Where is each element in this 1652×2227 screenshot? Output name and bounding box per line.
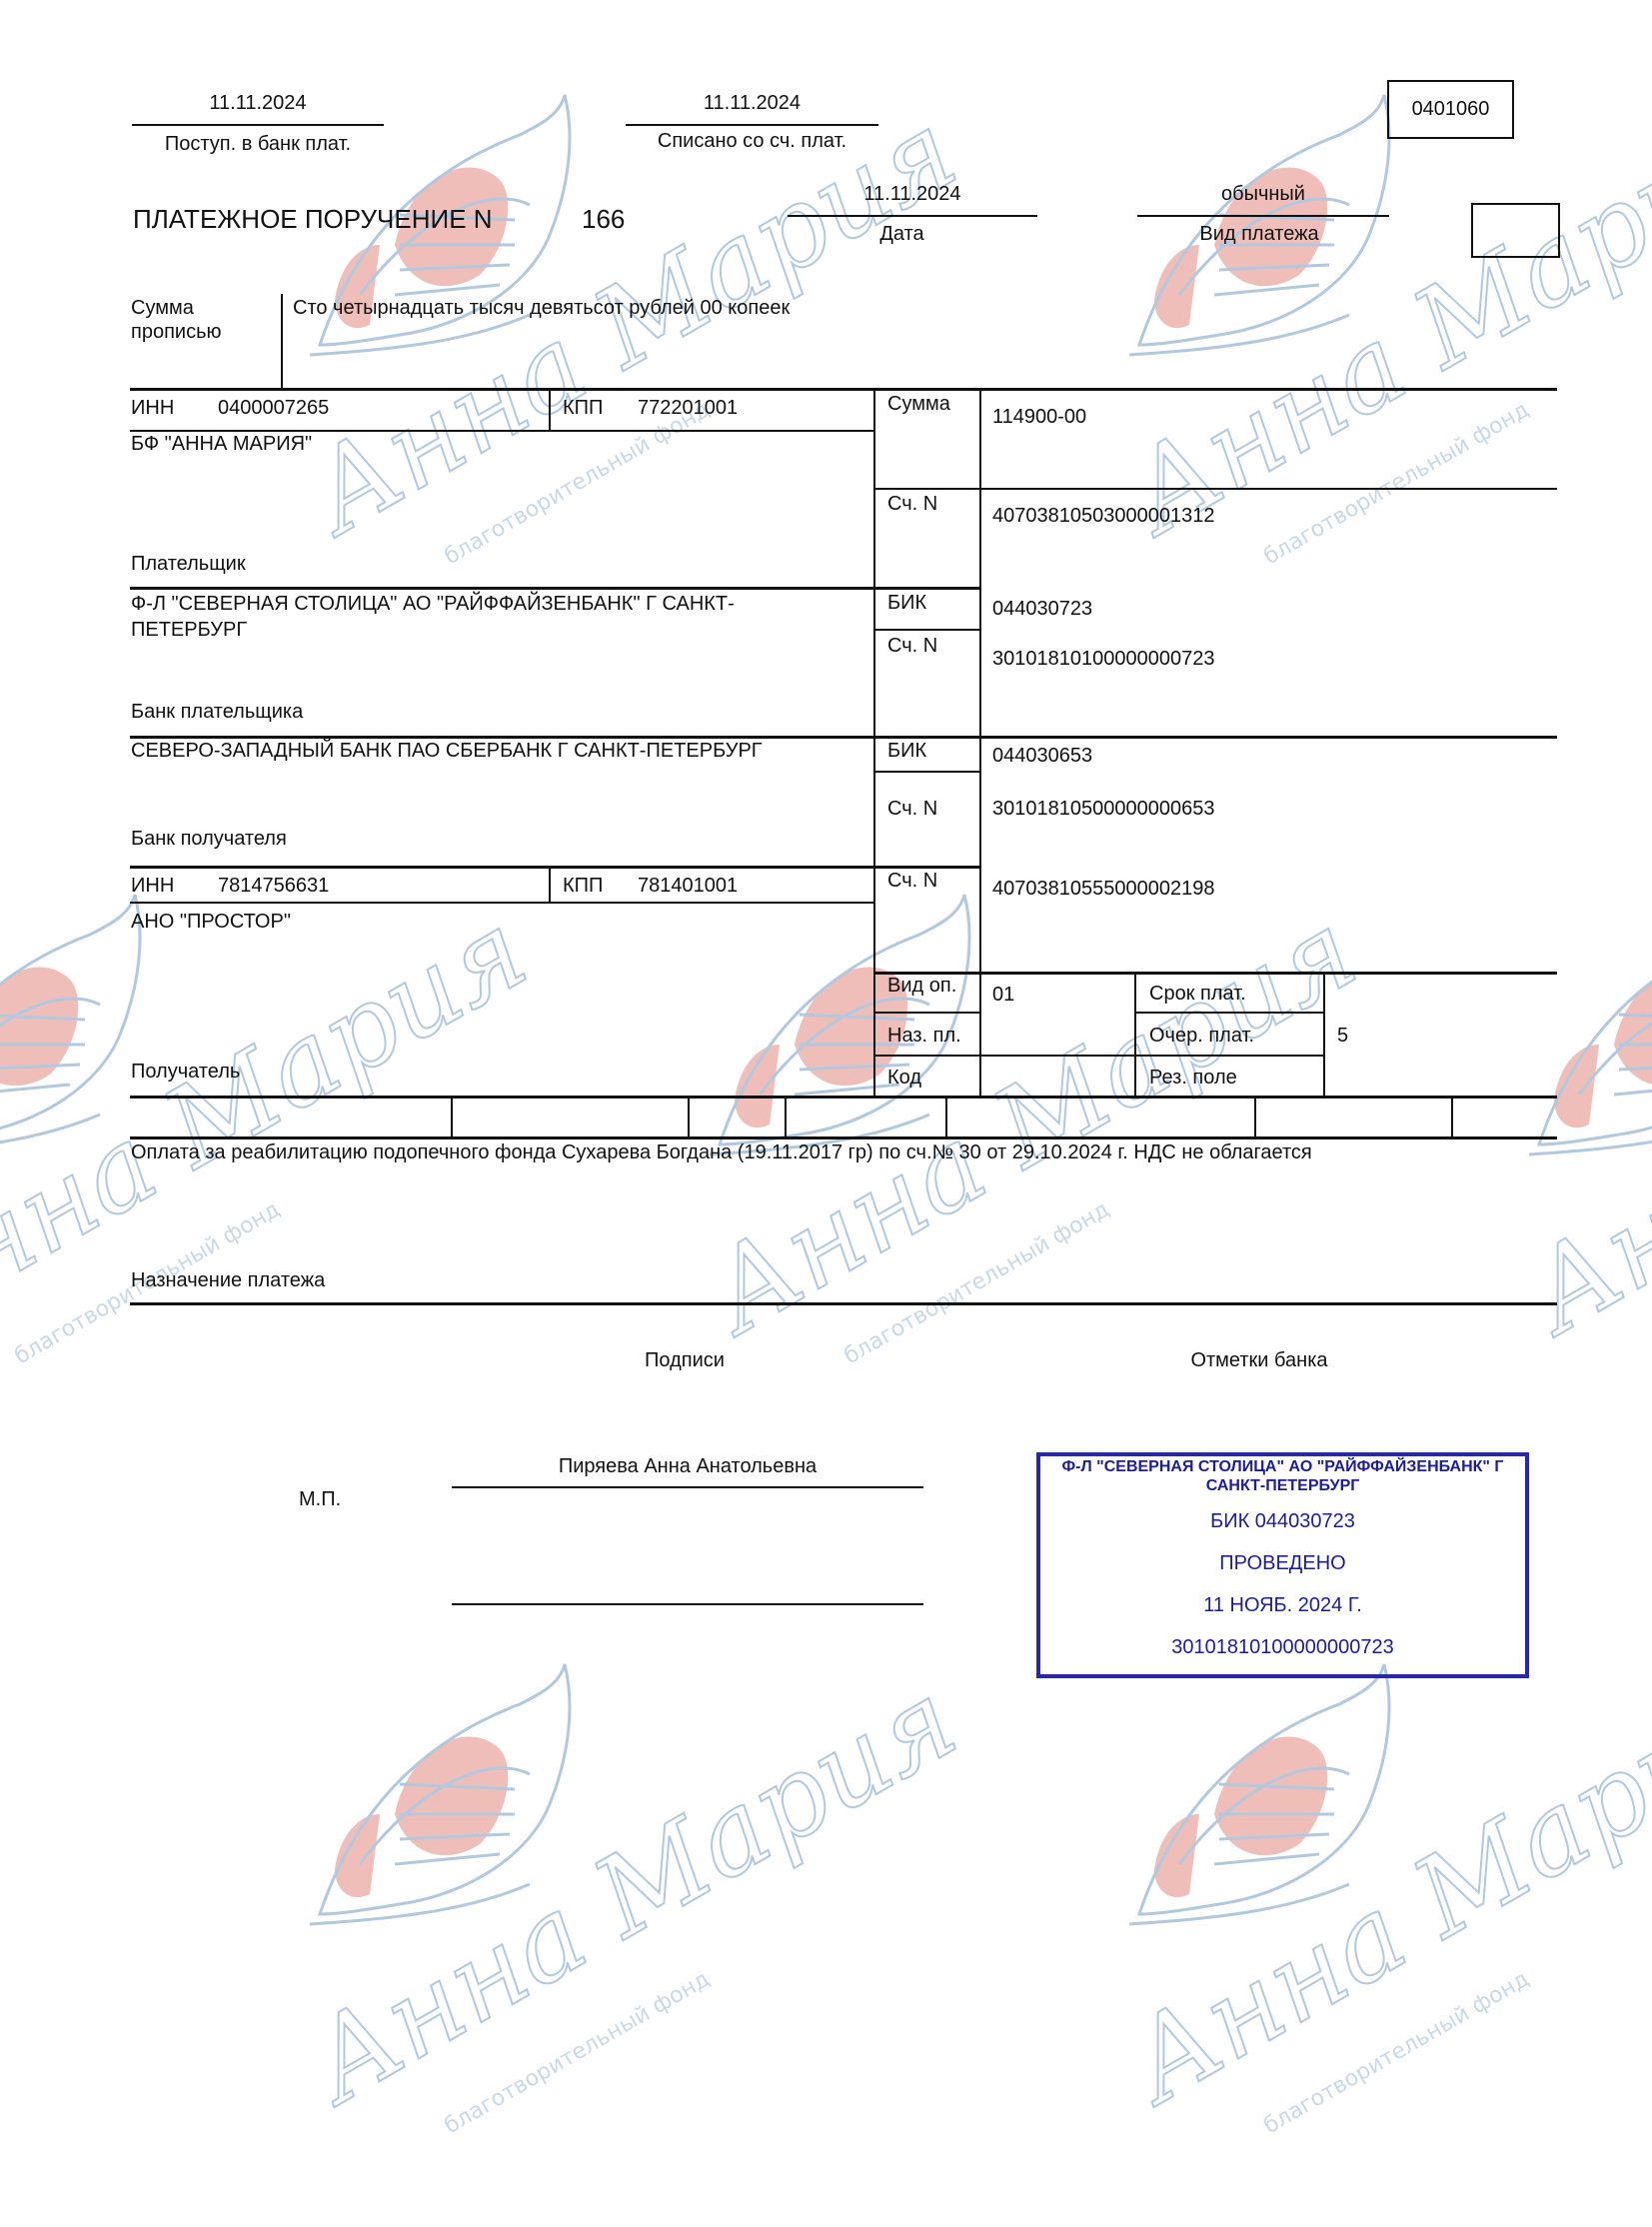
payer-bank-account-label: Сч. N: [887, 634, 937, 658]
bank-marks-label: Отметки банка: [1109, 1348, 1409, 1372]
signer-name: Пиряева Анна Анатольевна: [452, 1454, 923, 1478]
payer-inn-label: ИНН: [131, 396, 174, 420]
op-type-label: Вид оп.: [887, 974, 956, 998]
op-type-value: 01: [992, 983, 1014, 1007]
payer-account-label: Сч. N: [887, 492, 937, 516]
recipient-kpp-divider: [549, 867, 551, 903]
payment-type-line: [1137, 215, 1389, 217]
payer-kpp-label: КПП: [563, 396, 603, 420]
amount-words-label: Сумма прописью: [131, 296, 222, 344]
debited-date: 11.11.2024: [626, 91, 878, 115]
amount-words-label-line1: Сумма: [131, 296, 222, 320]
recipient-bank-role-label: Банк получателя: [131, 827, 287, 851]
purpose-label: Назначение платежа: [131, 1268, 325, 1292]
document-title: ПЛАТЕЖНОЕ ПОРУЧЕНИЕ N: [133, 204, 493, 234]
recipient-bank-name: СЕВЕРО-ЗАПАДНЫЙ БАНК ПАО СБЕРБАНК Г САНК…: [131, 739, 763, 763]
payer-bik-line: [874, 629, 980, 631]
stamp-bank-line2: САНКТ-ПЕТЕРБУРГ: [1040, 1476, 1525, 1495]
recipient-account: 40703810555000002198: [992, 877, 1214, 901]
recipient-inn: 7814756631: [218, 874, 329, 898]
debited-date-line: [626, 124, 878, 126]
amount-value: 114900-00: [992, 405, 1086, 429]
recipient-inn-line: [130, 902, 874, 904]
due-label: Срок плат.: [1149, 982, 1246, 1006]
payer-name: БФ "АННА МАРИЯ": [131, 432, 312, 456]
form-code: 0401060: [1412, 98, 1490, 120]
payment-type-value: обычный: [1137, 182, 1389, 206]
tax-cell-divider: [451, 1098, 453, 1137]
stamp-date: 11 НОЯБ. 2024 Г.: [1040, 1593, 1525, 1617]
recipient-bik-line: [874, 771, 980, 773]
debited-date-label: Списано со сч. плат.: [626, 129, 878, 153]
signature-line-1: [452, 1486, 923, 1488]
recipient-bank-account-label: Сч. N: [887, 797, 937, 821]
payer-bank-role-label: Банк плательщика: [131, 700, 303, 724]
purpose-text: Оплата за реабилитацию подопечного фонда…: [131, 1140, 1312, 1164]
recipient-bik-label: БИК: [887, 739, 926, 763]
stamp-bank-line1: Ф-Л "СЕВЕРНАЯ СТОЛИЦА" АО "РАЙФФАЙЗЕНБАН…: [1040, 1457, 1525, 1476]
reserve-label: Рез. поле: [1149, 1066, 1237, 1090]
tax-cell-divider: [1451, 1098, 1453, 1137]
payer-bank-account: 30101810100000000723: [992, 647, 1214, 671]
amount-words-label-line2: прописью: [131, 320, 222, 344]
received-date-line: [132, 124, 384, 126]
operation-right-divider: [1323, 973, 1325, 1097]
priority-label: Очер. плат.: [1149, 1024, 1254, 1048]
operation-top-line: [874, 972, 1557, 975]
recipient-name: АНО "ПРОСТОР": [131, 910, 291, 934]
table-bottom-line: [130, 1096, 1557, 1099]
label-column-left: [873, 389, 875, 1097]
tax-row-bottom-line: [130, 1136, 1557, 1139]
payer-bank-name-line1: Ф-Л "СЕВЕРНАЯ СТОЛИЦА" АО "РАЙФФАЙЗЕНБАН…: [131, 592, 735, 616]
tax-cell-divider: [945, 1098, 947, 1137]
payer-kpp-divider: [549, 389, 551, 431]
amount-words-divider: [281, 294, 283, 389]
recipient-kpp: 781401001: [638, 874, 738, 898]
purpose-code-line: [874, 1055, 1324, 1057]
signatures-label: Подписи: [560, 1348, 810, 1372]
bank-stamp: Ф-Л "СЕВЕРНАЯ СТОЛИЦА" АО "РАЙФФАЙЗЕНБАН…: [1036, 1452, 1529, 1678]
recipient-account-label: Сч. N: [887, 869, 937, 893]
payer-kpp: 772201001: [638, 396, 738, 420]
code-label: Код: [887, 1066, 921, 1090]
operation-mid-divider: [1134, 973, 1136, 1097]
label-column-right: [979, 389, 981, 1097]
op-type-line: [874, 1012, 980, 1014]
tax-cell-divider: [688, 1098, 690, 1137]
payment-type-label: Вид платежа: [1129, 222, 1389, 246]
priority-value: 5: [1337, 1024, 1348, 1048]
document-date: 11.11.2024: [788, 182, 1037, 206]
payer-bank-name-line2: ПЕТЕРБУРГ: [131, 618, 247, 642]
signature-line-2: [452, 1603, 923, 1605]
recipient-inn-label: ИНН: [131, 874, 174, 898]
payer-role-label: Плательщик: [131, 552, 246, 576]
payer-bottom-line: [130, 587, 980, 590]
payer-account: 40703810503000001312: [992, 504, 1214, 528]
amount-row-line: [874, 488, 1557, 490]
recipient-bank-bottom-line: [130, 866, 980, 869]
amount-words-value: Сто четырнадцать тысяч девятьсот рублей …: [293, 296, 790, 320]
document-date-label: Дата: [780, 222, 1024, 246]
form-code-box: 0401060: [1387, 80, 1514, 139]
amount-label: Сумма: [887, 392, 950, 416]
table-top-line: [130, 388, 1557, 391]
tax-cell-divider: [1254, 1098, 1256, 1137]
payer-inn: 0400007265: [218, 396, 329, 420]
stamp-bik: БИК 044030723: [1040, 1509, 1525, 1533]
tax-cell-divider: [785, 1098, 787, 1137]
purpose-code-label: Наз. пл.: [887, 1024, 961, 1048]
received-date: 11.11.2024: [132, 91, 384, 115]
seal-label: М.П.: [299, 1487, 341, 1511]
recipient-kpp-label: КПП: [563, 874, 603, 898]
purpose-bottom-line: [130, 1302, 1557, 1305]
recipient-bank-account: 30101810500000000653: [992, 797, 1214, 821]
payer-bik: 044030723: [992, 597, 1092, 621]
recipient-role-label: Получатель: [131, 1060, 240, 1084]
received-date-label: Поступ. в банк плат.: [132, 132, 384, 156]
recipient-bik: 044030653: [992, 744, 1092, 768]
payer-bik-label: БИК: [887, 591, 926, 615]
due-line: [1135, 1012, 1324, 1014]
stamp-status: ПРОВЕДЕНО: [1040, 1551, 1525, 1575]
watermark-layer: Анна Мария благотворительный фонд: [0, 0, 1652, 2227]
document-number: 166: [582, 204, 625, 234]
stamp-account: 30101810100000000723: [1040, 1635, 1525, 1659]
status-box: [1471, 203, 1560, 258]
document-date-line: [788, 215, 1037, 217]
